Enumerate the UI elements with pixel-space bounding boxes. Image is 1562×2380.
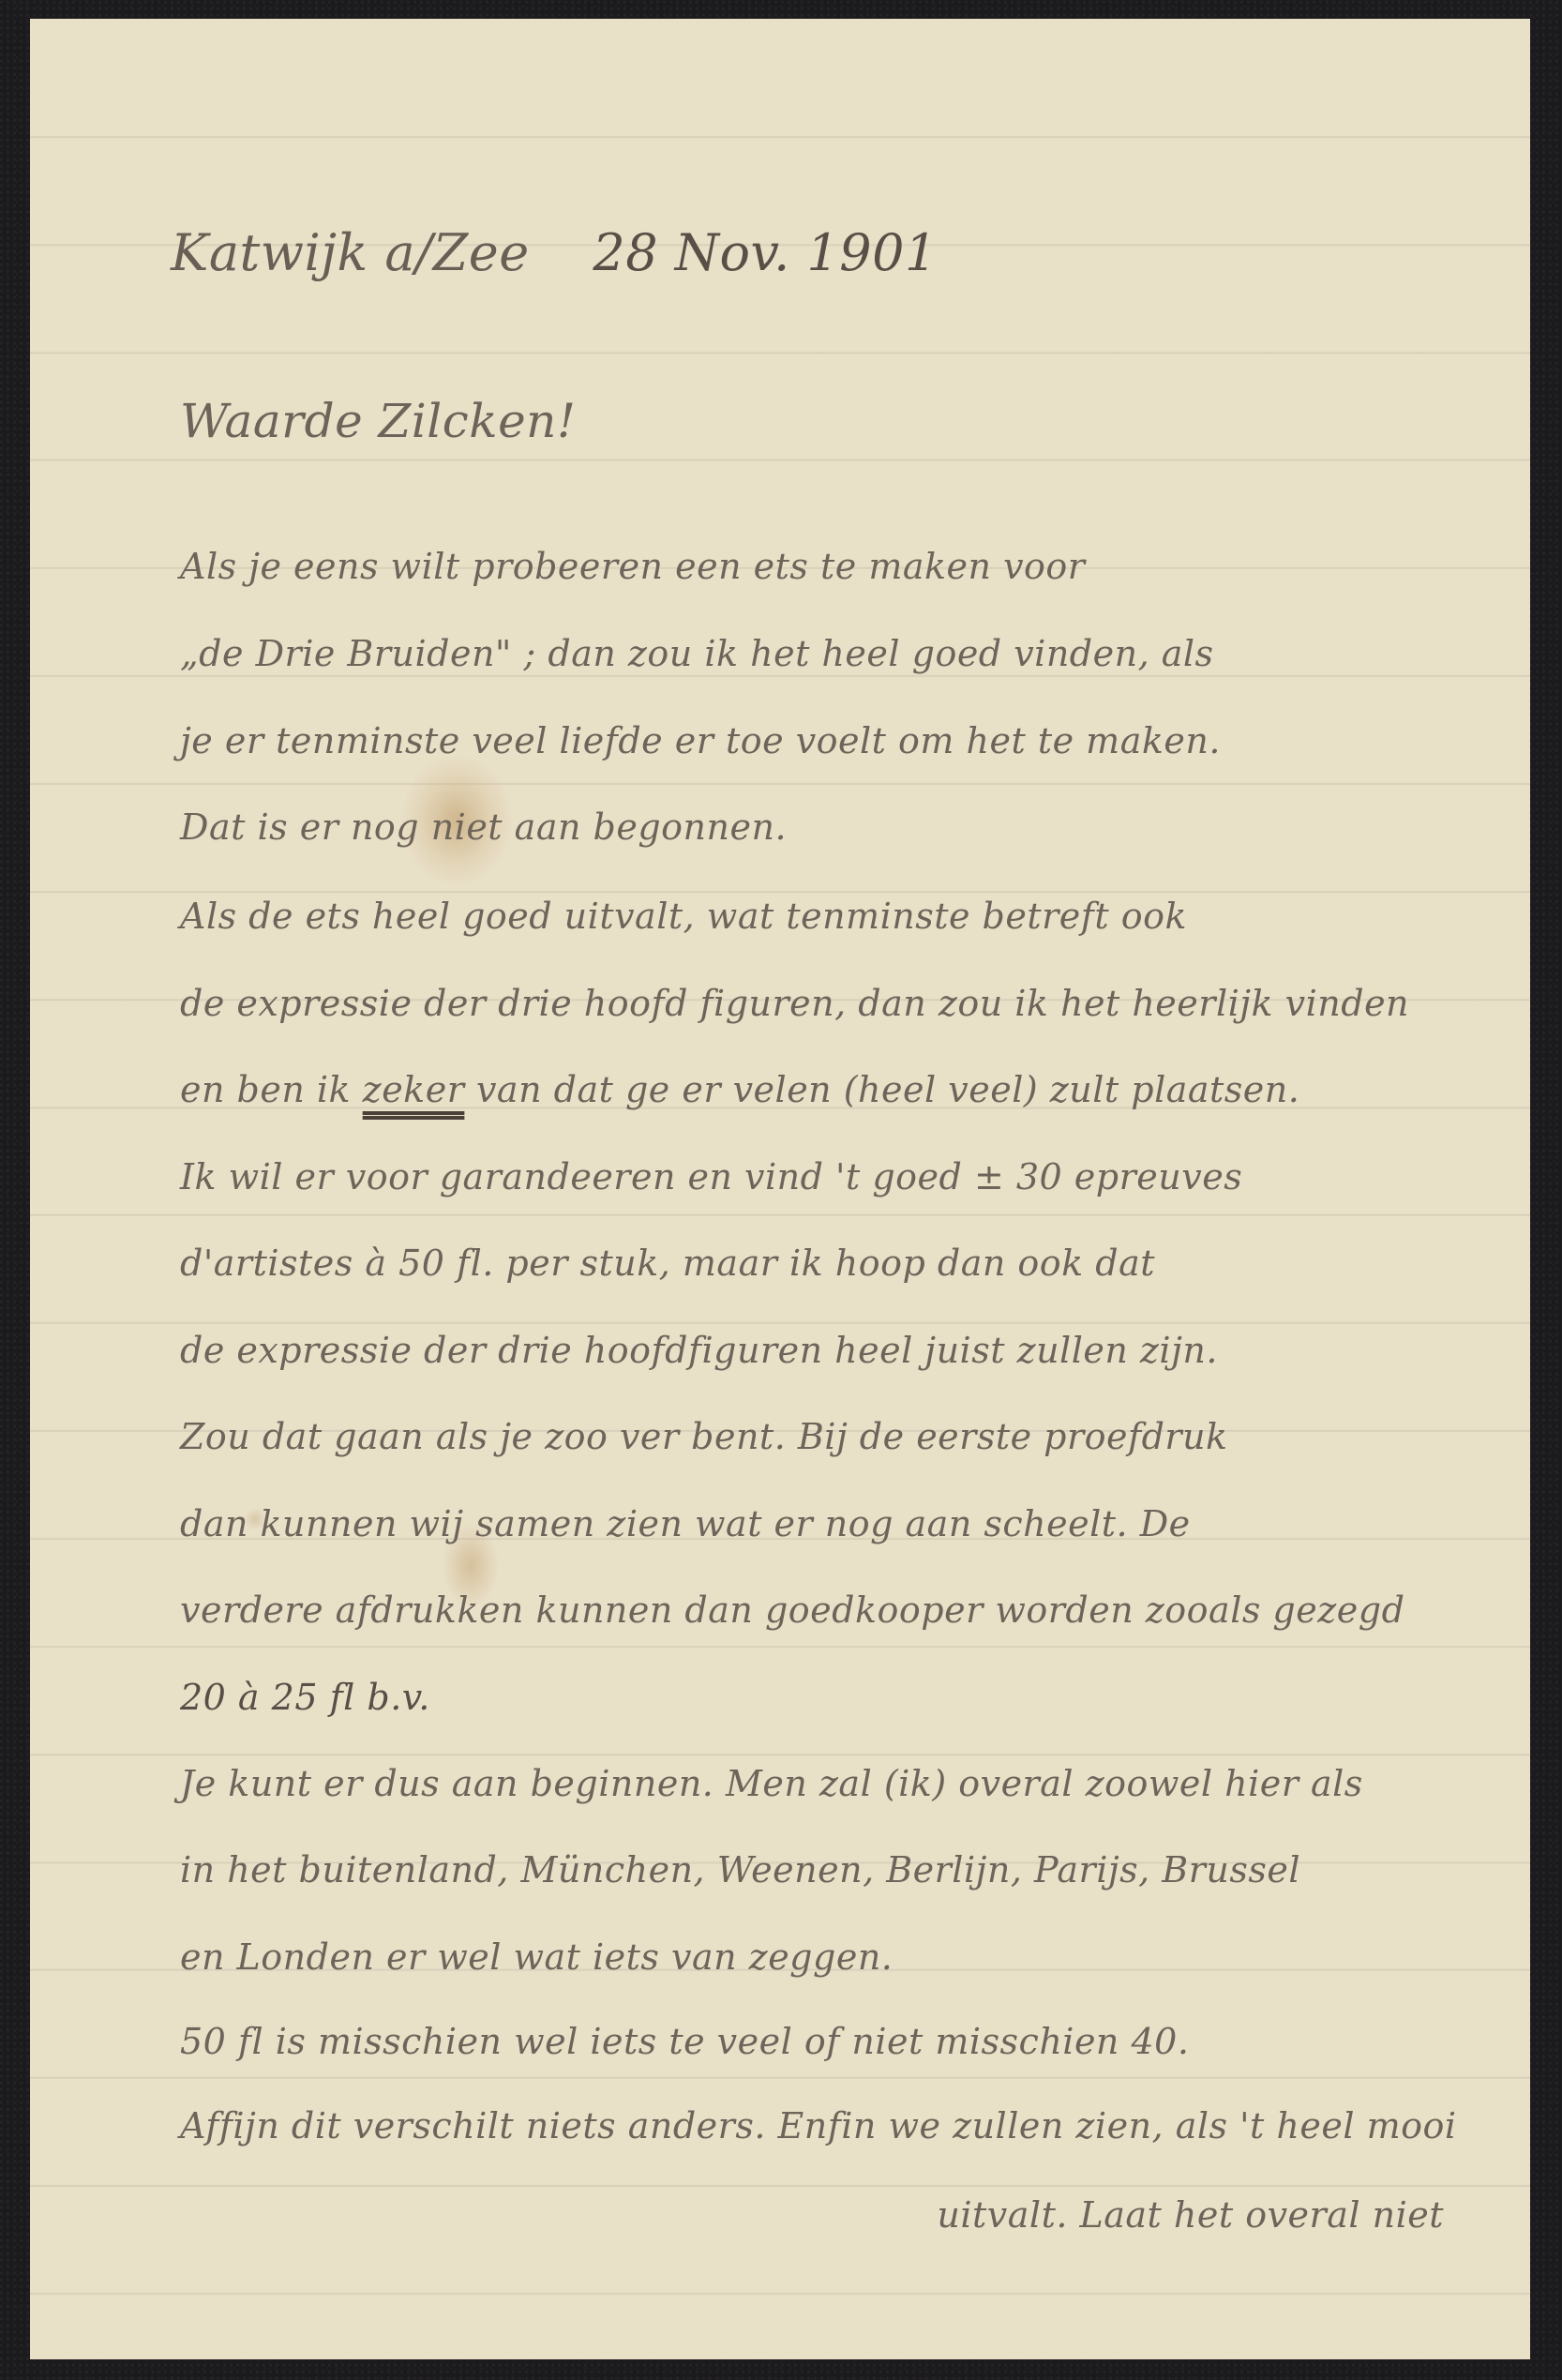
letter-line-6: de expressie der drie hoofd figuren, dan… [180,983,1409,1024]
letter-line-19: Affijn dit verschilt niets anders. Enfin… [180,2105,1457,2147]
letter-line-18: 50 fl is misschien wel iets te veel of n… [180,2021,1189,2062]
letter-line-5: Als de ets heel goed uitvalt, wat tenmin… [180,896,1187,937]
letter-line-17: en Londen er wel wat iets van zeggen. [180,1936,893,1978]
salutation: Waarde Zilcken! [180,394,576,448]
letter-line-15: Je kunt er dus aan beginnen. Men zal (ik… [180,1763,1363,1804]
letter-line-9: d'artistes à 50 fl. per stuk, maar ik ho… [180,1243,1155,1284]
letter-line-4: Dat is er nog niet aan begonnen. [180,806,787,848]
letter-line-7: en ben ik zeker van dat ge er velen (hee… [180,1069,1299,1110]
letter-page: Katwijk a/Zee 28 Nov. 1901 Waarde Zilcke… [30,19,1530,2359]
letter-line-13: verdere afdrukken kunnen dan goedkooper … [180,1589,1404,1631]
letter-line-20: uitvalt. Laat het overal niet [937,2194,1444,2236]
letter-date: 28 Nov. 1901 [593,223,938,282]
letter-line-7-text: en ben ik zeker van dat ge er velen (hee… [180,1069,1299,1110]
letter-header: Katwijk a/Zee 28 Nov. 1901 [171,223,938,282]
letter-line-12: dan kunnen wij samen zien wat er nog aan… [180,1503,1191,1544]
letter-line-11: Zou dat gaan als je zoo ver bent. Bij de… [180,1416,1228,1457]
letter-line-16: in het buitenland, München, Weenen, Berl… [180,1849,1300,1890]
letter-line-14: 20 à 25 fl b.v. [180,1677,430,1718]
letter-line-10: de expressie der drie hoofdfiguren heel … [180,1330,1218,1371]
letter-line-1: Als je eens wilt probeeren een ets te ma… [180,546,1085,587]
letter-line-8: Ik wil er voor garandeeren en vind 't go… [180,1156,1242,1198]
underlined-word: zeker [363,1069,465,1110]
letter-line-2: „de Drie Bruiden" ; dan zou ik het heel … [180,633,1214,674]
place-name: Katwijk a/Zee [171,223,530,282]
letter-line-3: je er tenminste veel liefde er toe voelt… [180,720,1221,761]
